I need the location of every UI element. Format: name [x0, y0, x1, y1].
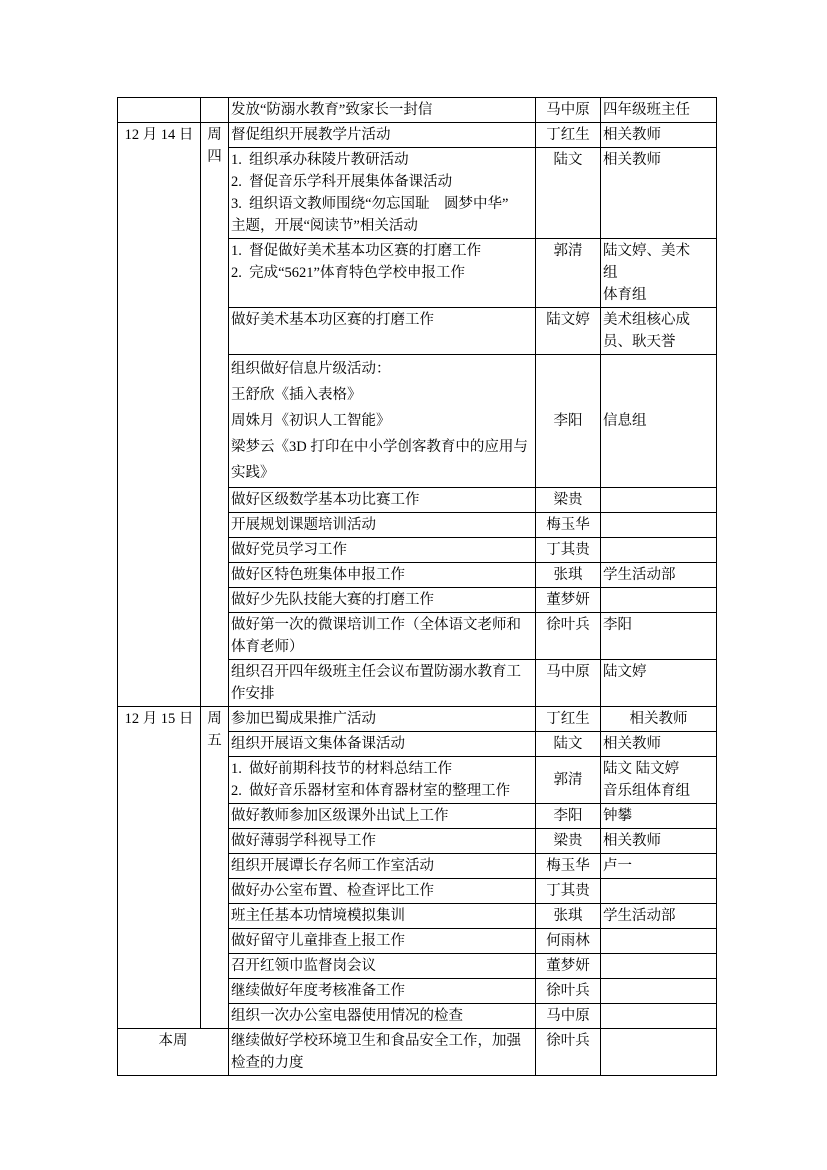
task-cell: 参加巴蜀成果推广活动 — [229, 707, 536, 732]
task-cell: 班主任基本功情境模拟集训 — [229, 904, 536, 929]
week-label-cell: 本周 — [118, 1029, 229, 1076]
person-cell: 徐叶兵 — [536, 979, 601, 1004]
related-cell: 陆文 陆文婷 音乐组体育组 — [601, 757, 717, 804]
task-cell: 做好办公室布置、检查评比工作 — [229, 879, 536, 904]
task-cell: 做好党员学习工作 — [229, 538, 536, 563]
related-cell — [601, 1029, 717, 1076]
date-cell: 12 月 15 日 — [118, 707, 201, 1029]
task-cell: 开展规划课题培训活动 — [229, 513, 536, 538]
related-cell: 陆文婷 — [601, 660, 717, 707]
task-cell: 组织做好信息片级活动： 王舒欣《插入表格》 周姝月《初识人工智能》 梁梦云《3D… — [229, 355, 536, 488]
person-cell: 张琪 — [536, 563, 601, 588]
related-cell: 相关教师 — [601, 829, 717, 854]
related-cell — [601, 488, 717, 513]
document-page: 发放“防溺水教育”致家长一封信 马中原 四年级班主任 12 月 14 日 周四 … — [0, 0, 827, 1170]
related-cell — [601, 954, 717, 979]
task-cell: 组织一次办公室电器使用情况的检查 — [229, 1004, 536, 1029]
related-cell — [601, 1004, 717, 1029]
related-cell: 学生活动部 — [601, 904, 717, 929]
related-cell: 相关教师 — [601, 707, 717, 732]
task-cell: 继续做好学校环境卫生和食品安全工作，加强 检查的力度 — [229, 1029, 536, 1076]
person-cell: 董梦妍 — [536, 954, 601, 979]
related-cell: 陆文婷、美术 组 体育组 — [601, 239, 717, 308]
related-cell — [601, 879, 717, 904]
related-cell: 相关教师 — [601, 123, 717, 148]
date-cell — [118, 98, 201, 123]
person-cell: 陆文 — [536, 148, 601, 239]
person-cell: 丁其贵 — [536, 538, 601, 563]
person-cell: 梅玉华 — [536, 854, 601, 879]
table-row: 12 月 14 日 周四 督促组织开展教学片活动 丁红生 相关教师 — [118, 123, 717, 148]
person-cell: 丁红生 — [536, 707, 601, 732]
person-cell: 李阳 — [536, 355, 601, 488]
table-row: 发放“防溺水教育”致家长一封信 马中原 四年级班主任 — [118, 98, 717, 123]
person-cell: 董梦妍 — [536, 588, 601, 613]
task-cell: 督促组织开展教学片活动 — [229, 123, 536, 148]
task-cell: 做好区特色班集体申报工作 — [229, 563, 536, 588]
related-cell: 学生活动部 — [601, 563, 717, 588]
person-cell: 何雨林 — [536, 929, 601, 954]
task-cell: 组织开展谭长存名师工作室活动 — [229, 854, 536, 879]
person-cell: 陆文婷 — [536, 308, 601, 355]
person-cell: 丁其贵 — [536, 879, 601, 904]
task-cell: 组织开展语文集体备课活动 — [229, 732, 536, 757]
related-cell — [601, 588, 717, 613]
task-cell: 做好教师参加区级课外出试上工作 — [229, 804, 536, 829]
task-cell: 做好第一次的微课培训工作（全体语文老师和 体育老师） — [229, 613, 536, 660]
task-cell: 1. 督促做好美术基本功区赛的打磨工作 2. 完成“5621”体育特色学校申报工… — [229, 239, 536, 308]
related-cell: 美术组核心成 员、耿天誉 — [601, 308, 717, 355]
related-cell: 李阳 — [601, 613, 717, 660]
person-cell: 马中原 — [536, 1004, 601, 1029]
related-cell: 相关教师 — [601, 148, 717, 239]
task-cell: 做好少先队技能大赛的打磨工作 — [229, 588, 536, 613]
related-cell: 相关教师 — [601, 732, 717, 757]
day-cell: 周五 — [201, 707, 229, 1029]
person-cell: 马中原 — [536, 98, 601, 123]
table-row: 12 月 15 日 周五 参加巴蜀成果推广活动 丁红生 相关教师 — [118, 707, 717, 732]
related-cell — [601, 513, 717, 538]
task-cell: 做好区级数学基本功比赛工作 — [229, 488, 536, 513]
person-cell: 李阳 — [536, 804, 601, 829]
person-cell: 梁贵 — [536, 488, 601, 513]
weekly-schedule-table: 发放“防溺水教育”致家长一封信 马中原 四年级班主任 12 月 14 日 周四 … — [117, 97, 717, 1076]
related-cell: 卢一 — [601, 854, 717, 879]
related-cell — [601, 979, 717, 1004]
task-cell: 做好留守儿童排查上报工作 — [229, 929, 536, 954]
task-cell: 1. 组织承办秣陵片教研活动 2. 督促音乐学科开展集体备课活动 3. 组织语文… — [229, 148, 536, 239]
person-cell: 徐叶兵 — [536, 1029, 601, 1076]
person-cell: 徐叶兵 — [536, 613, 601, 660]
related-cell: 信息组 — [601, 355, 717, 488]
task-cell: 发放“防溺水教育”致家长一封信 — [229, 98, 536, 123]
related-cell — [601, 538, 717, 563]
person-cell: 马中原 — [536, 660, 601, 707]
task-cell: 做好薄弱学科视导工作 — [229, 829, 536, 854]
person-cell: 郭清 — [536, 757, 601, 804]
day-cell — [201, 98, 229, 123]
date-cell: 12 月 14 日 — [118, 123, 201, 707]
task-cell: 组织召开四年级班主任会议布置防溺水教育工 作安排 — [229, 660, 536, 707]
task-cell: 1. 做好前期科技节的材料总结工作 2. 做好音乐器材室和体育器材室的整理工作 — [229, 757, 536, 804]
person-cell: 郭清 — [536, 239, 601, 308]
related-cell — [601, 929, 717, 954]
task-cell: 继续做好年度考核准备工作 — [229, 979, 536, 1004]
task-cell: 召开红领巾监督岗会议 — [229, 954, 536, 979]
person-cell: 张琪 — [536, 904, 601, 929]
person-cell: 梁贵 — [536, 829, 601, 854]
person-cell: 丁红生 — [536, 123, 601, 148]
table-row: 本周 继续做好学校环境卫生和食品安全工作，加强 检查的力度 徐叶兵 — [118, 1029, 717, 1076]
task-cell: 做好美术基本功区赛的打磨工作 — [229, 308, 536, 355]
related-cell: 四年级班主任 — [601, 98, 717, 123]
person-cell: 梅玉华 — [536, 513, 601, 538]
day-cell: 周四 — [201, 123, 229, 707]
person-cell: 陆文 — [536, 732, 601, 757]
related-cell: 钟攀 — [601, 804, 717, 829]
